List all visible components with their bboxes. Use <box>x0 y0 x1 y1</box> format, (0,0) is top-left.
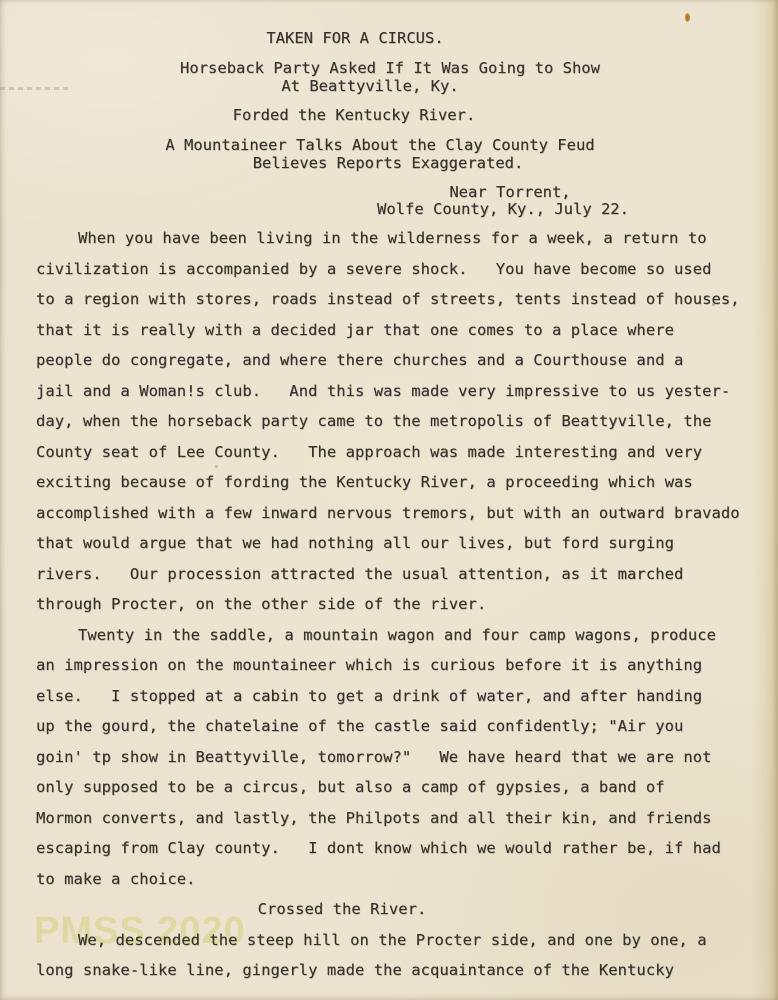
text-line: escaping from Clay county. I dont know w… <box>36 833 762 864</box>
text-line: County seat of Lee County. The approach … <box>36 437 762 468</box>
document-body: When you have been living in the wildern… <box>0 223 778 986</box>
text-line: that would argue that we had nothing all… <box>36 528 762 559</box>
headline-line: Forded the Kentucky River. <box>0 106 743 124</box>
text-line: rivers. Our procession attracted the usu… <box>36 559 762 590</box>
text-line: Mormon converts, and lastly, the Philpot… <box>36 803 762 834</box>
text-line: civilization is accompanied by a severe … <box>36 254 762 285</box>
text-line: to make a choice. <box>36 864 762 895</box>
document-title: TAKEN FOR A CIRCUS. <box>0 29 744 47</box>
text-line: We, descended the steep hill on the Proc… <box>36 925 762 956</box>
text-line: Twenty in the saddle, a mountain wagon a… <box>36 620 762 651</box>
headline-line: Horseback Party Asked If It Was Going to… <box>1 59 778 77</box>
dateline-county-date: Wolfe County, Ky., July 22. <box>114 201 778 218</box>
dateline-block: Near Torrent, Wolfe County, Ky., July 22… <box>0 184 778 218</box>
text-line: When you have been living in the wildern… <box>36 223 762 254</box>
text-line: that it is really with a decided jar tha… <box>36 315 762 346</box>
scanned-document-page: PMSS 2020 TAKEN FOR A CIRCUS.Horseback P… <box>0 0 778 1000</box>
text-line: people do congregate, and where there ch… <box>36 345 762 376</box>
text-line: up the gourd, the chatelaine of the cast… <box>36 711 762 742</box>
text-line: day, when the horseback party came to th… <box>36 406 762 437</box>
text-line: long snake-like line, gingerly made the … <box>36 955 762 986</box>
headline-line: At Beattyville, Ky. <box>0 77 759 95</box>
text-line: to a region with stores, roads instead o… <box>36 284 762 315</box>
text-line: jail and a Woman!s club. And this was ma… <box>36 376 762 407</box>
text-line: else. I stopped at a cabin to get a drin… <box>36 681 762 712</box>
text-line: goin' tp show in Beattyville, tomorrow?"… <box>36 742 762 773</box>
headline-line: A Mountaineer Talks About the Clay Count… <box>0 136 769 154</box>
headline-block: TAKEN FOR A CIRCUS.Horseback Party Asked… <box>0 0 778 172</box>
headline-line: Believes Reports Exaggerated. <box>0 154 777 172</box>
section-heading: Crossed the River. <box>0 894 705 925</box>
text-line: through Procter, on the other side of th… <box>36 589 762 620</box>
dateline-place: Near Torrent, <box>121 184 778 201</box>
text-line: exciting because of fording the Kentucky… <box>36 467 762 498</box>
text-line: an impression on the mountaineer which i… <box>36 650 762 681</box>
text-line: only supposed to be a circus, but also a… <box>36 772 762 803</box>
text-line: accomplished with a few inward nervous t… <box>36 498 762 529</box>
